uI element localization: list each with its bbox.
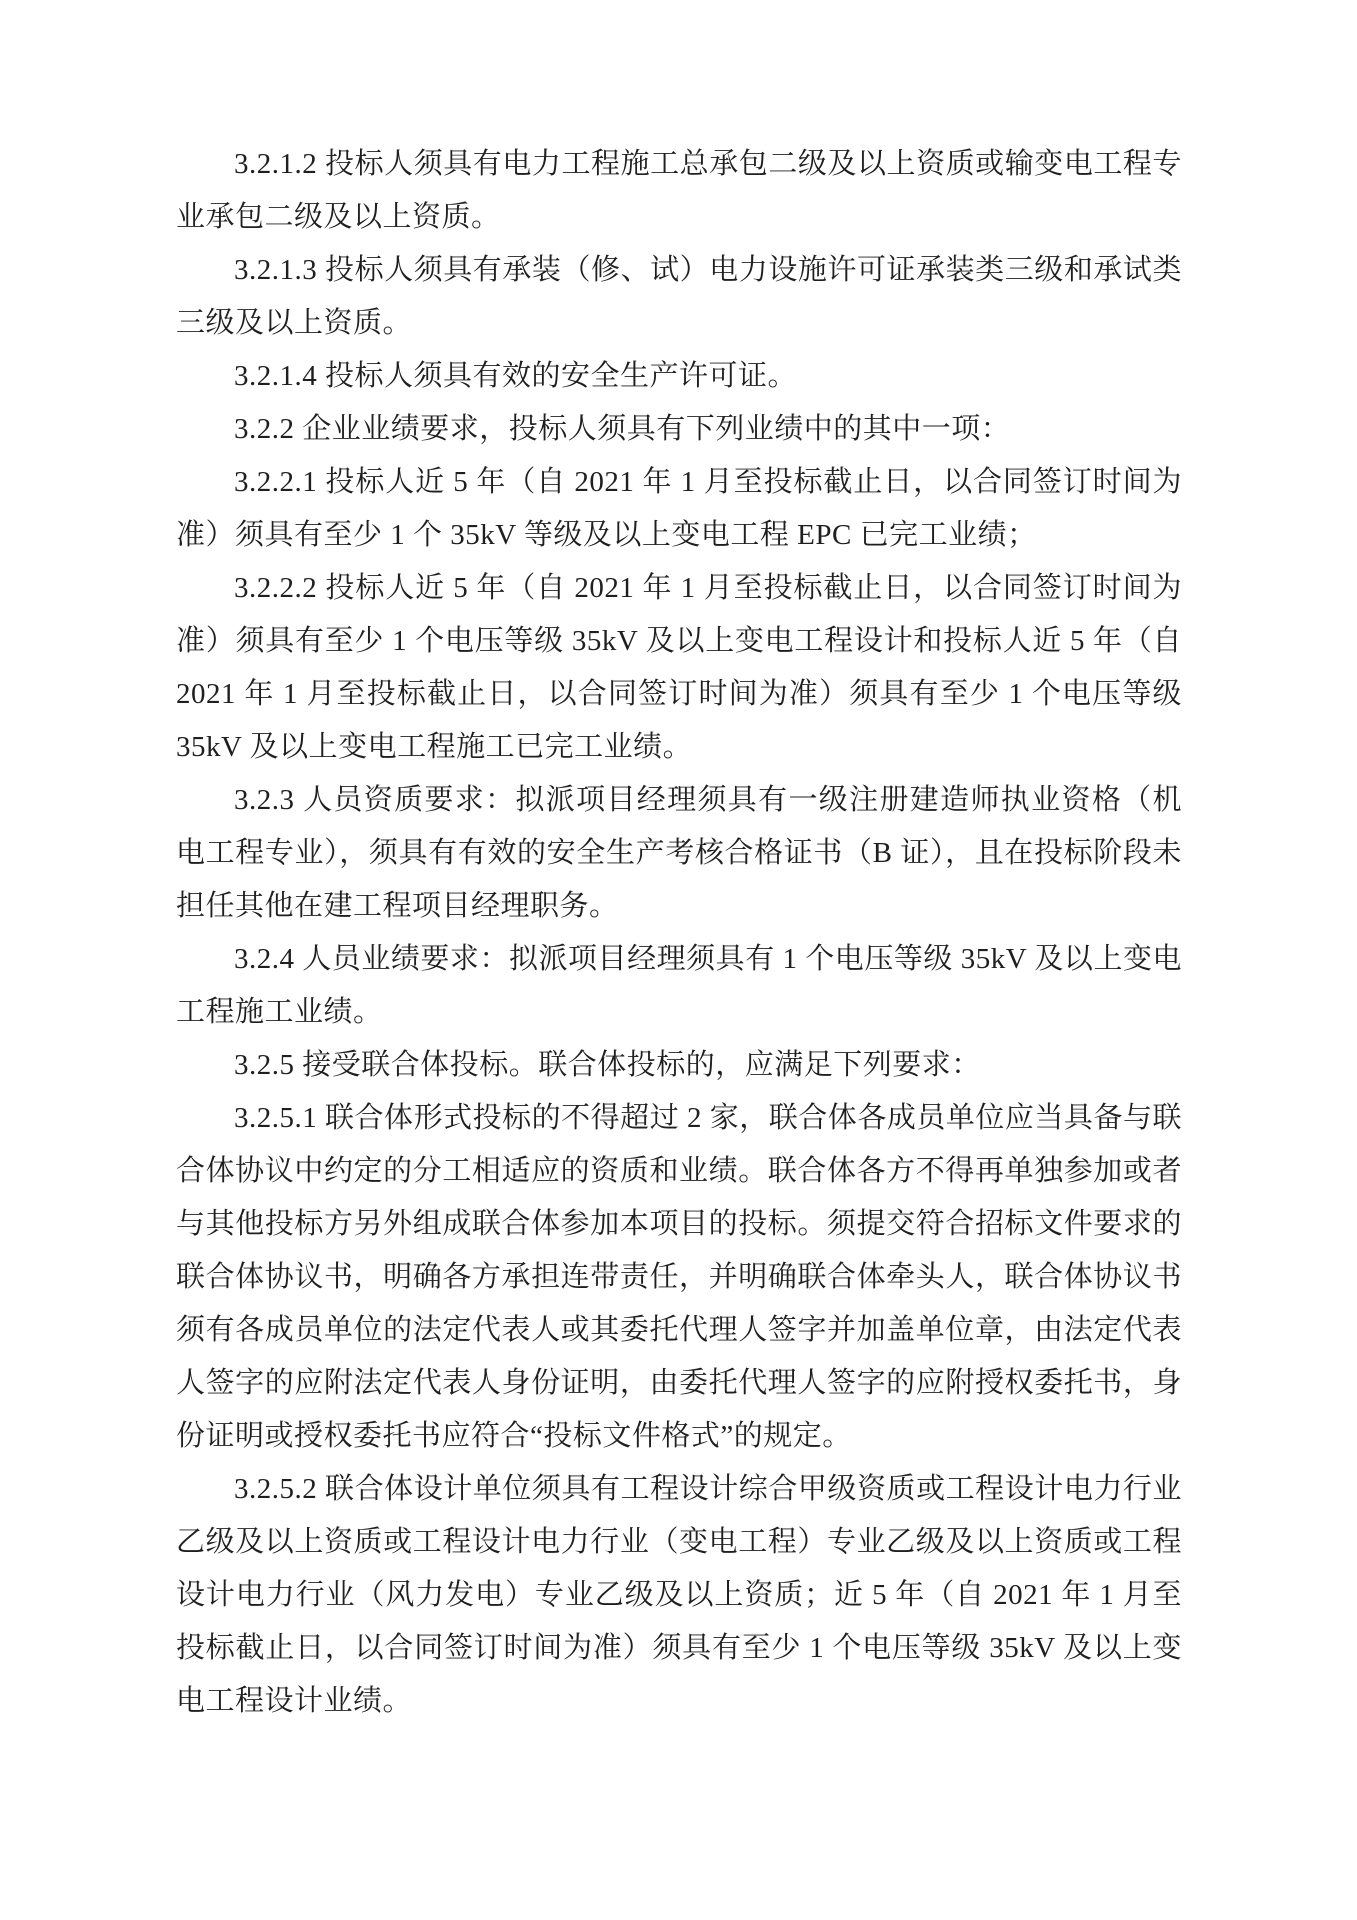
clause-3-2-5-2: 3.2.5.2 联合体设计单位须具有工程设计综合甲级资质或工程设计电力行业乙级及… <box>176 1463 1182 1728</box>
clause-3-2-1-2: 3.2.1.2 投标人须具有电力工程施工总承包二级及以上资质或输变电工程专业承包… <box>176 138 1182 244</box>
document-body: 3.2.1.2 投标人须具有电力工程施工总承包二级及以上资质或输变电工程专业承包… <box>176 138 1182 1728</box>
clause-3-2-2-2: 3.2.2.2 投标人近 5 年（自 2021 年 1 月至投标截止日，以合同签… <box>176 562 1182 774</box>
clause-3-2-1-3: 3.2.1.3 投标人须具有承装（修、试）电力设施许可证承装类三级和承试类三级及… <box>176 244 1182 350</box>
clause-3-2-4: 3.2.4 人员业绩要求：拟派项目经理须具有 1 个电压等级 35kV 及以上变… <box>176 933 1182 1039</box>
clause-3-2-3: 3.2.3 人员资质要求：拟派项目经理须具有一级注册建造师执业资格（机电工程专业… <box>176 774 1182 933</box>
clause-3-2-5-1: 3.2.5.1 联合体形式投标的不得超过 2 家，联合体各成员单位应当具备与联合… <box>176 1092 1182 1463</box>
document-page: 3.2.1.2 投标人须具有电力工程施工总承包二级及以上资质或输变电工程专业承包… <box>0 0 1357 1920</box>
clause-3-2-2: 3.2.2 企业业绩要求，投标人须具有下列业绩中的其中一项： <box>176 403 1182 456</box>
clause-3-2-5: 3.2.5 接受联合体投标。联合体投标的，应满足下列要求： <box>176 1039 1182 1092</box>
clause-3-2-1-4: 3.2.1.4 投标人须具有效的安全生产许可证。 <box>176 350 1182 403</box>
clause-3-2-2-1: 3.2.2.1 投标人近 5 年（自 2021 年 1 月至投标截止日，以合同签… <box>176 456 1182 562</box>
